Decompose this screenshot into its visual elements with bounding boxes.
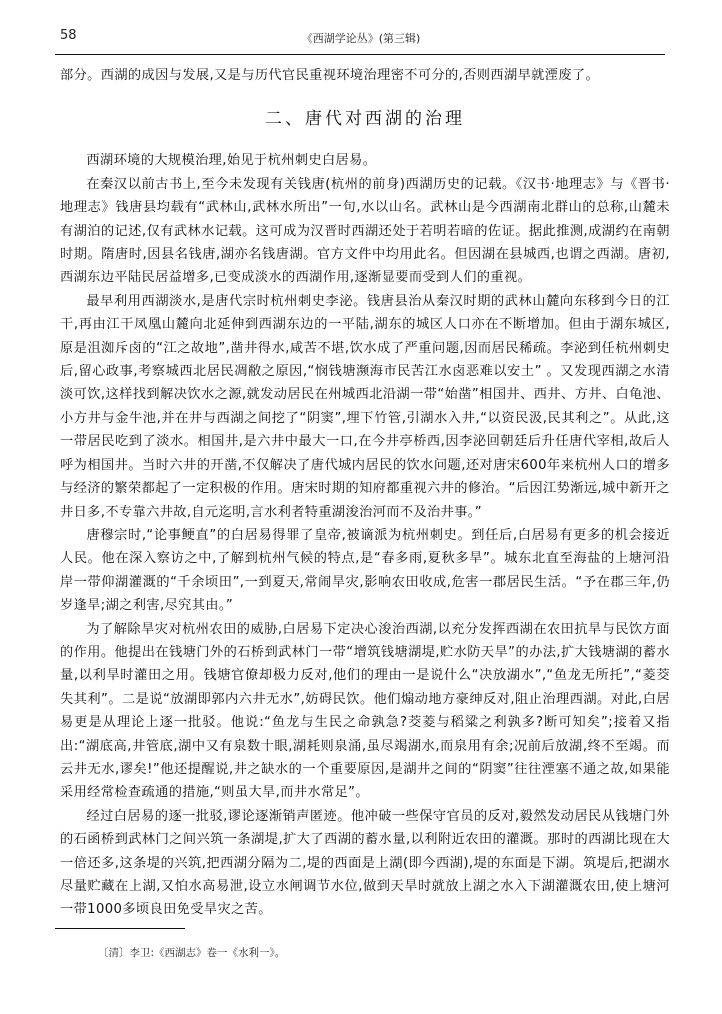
- paragraph: 西湖环境的大规模治理,始见于杭州刺史白居易。: [60, 149, 670, 172]
- paragraph: 唐穆宗时,“论事鲠直”的白居易得罪了皇帝,被谪派为杭州刺史。到任后,白居易有更多…: [60, 524, 670, 618]
- running-header-title: 《西湖学论丛》(第三辑): [0, 30, 722, 46]
- paragraph: 经过白居易的逐一批驳,谬论逐渐销声匿迹。他冲破一些保守官员的反对,毅然发动居民从…: [60, 805, 670, 922]
- paragraph: 最早利用西湖淡水,是唐代宗时杭州刺史李泌。钱唐县治从秦汉时期的武林山麓向东移到今…: [60, 290, 670, 524]
- opening-line: 部分。西湖的成因与发展,又是与历代官民重视环境治理密不可分的,否则西湖早就湮废了…: [60, 64, 670, 87]
- section-title: 二、唐代对西湖的治理: [60, 107, 670, 131]
- main-text: 部分。西湖的成因与发展,又是与历代官民重视环境治理密不可分的,否则西湖早就湮废了…: [60, 64, 670, 922]
- header-rule: [55, 54, 665, 55]
- footnote: 〔清〕李卫:《西湖志》卷一《水利一》。: [98, 945, 285, 960]
- paragraph: 为了解除旱灾对杭州农田的威胁,白居易下定决心浚治西湖,以充分发挥西湖在农田抗旱与…: [60, 618, 670, 805]
- footnote-rule: [55, 928, 185, 929]
- paragraph: 在秦汉以前古书上,至今未发现有关钱唐(杭州的前身)西湖历史的记载。《汉书·地理志…: [60, 173, 670, 290]
